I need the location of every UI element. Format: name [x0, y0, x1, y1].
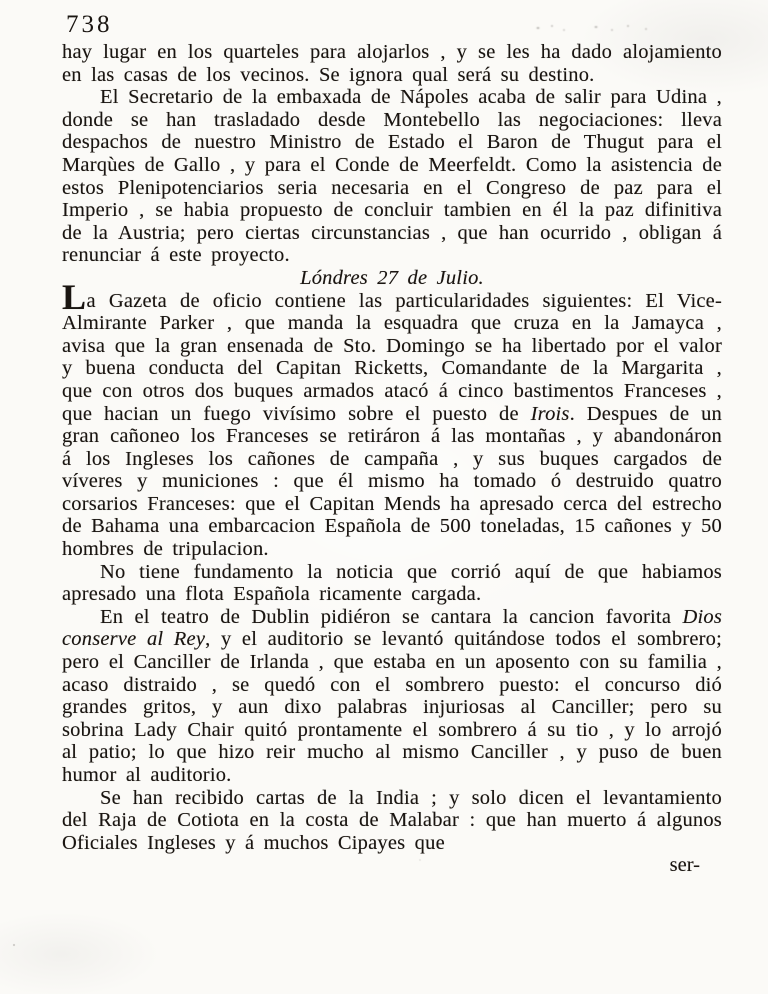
paragraph-india: Se han recibido cartas de la India ; y s… — [62, 787, 722, 855]
paragraph-gazeta: La Gazeta de oficio contiene las particu… — [62, 290, 722, 561]
paragraph-quarteles: hay lugar en los quarteles para alojarlo… — [62, 41, 722, 86]
paragraph-dublin: En el teatro de Dublin pidiéron se canta… — [62, 606, 722, 787]
paragraph-secretario: El Secretario de la embaxada de Nápoles … — [62, 86, 722, 267]
dateline-heading: Lóndres 27 de Julio. — [62, 267, 722, 290]
drop-cap-initial: L — [62, 277, 87, 317]
ink-smudge — [528, 22, 658, 34]
paragraph-dublin-text-2: , y el auditorio se levantó quitándose t… — [62, 628, 722, 786]
text-block: hay lugar en los quarteles para alojarlo… — [62, 41, 722, 877]
catchword: ser- — [62, 854, 722, 877]
paragraph-dublin-text: En el teatro de Dublin pidiéron se canta… — [100, 606, 682, 628]
paragraph-noticia: No tiene fundamento la noticia que corri… — [62, 561, 722, 606]
page: 738 hay lugar en los quarteles para aloj… — [0, 0, 768, 994]
paragraph-gazeta-text-2: . Despues de un gran cañoneo los Frances… — [62, 403, 722, 561]
italic-irois: Irois — [531, 403, 570, 425]
